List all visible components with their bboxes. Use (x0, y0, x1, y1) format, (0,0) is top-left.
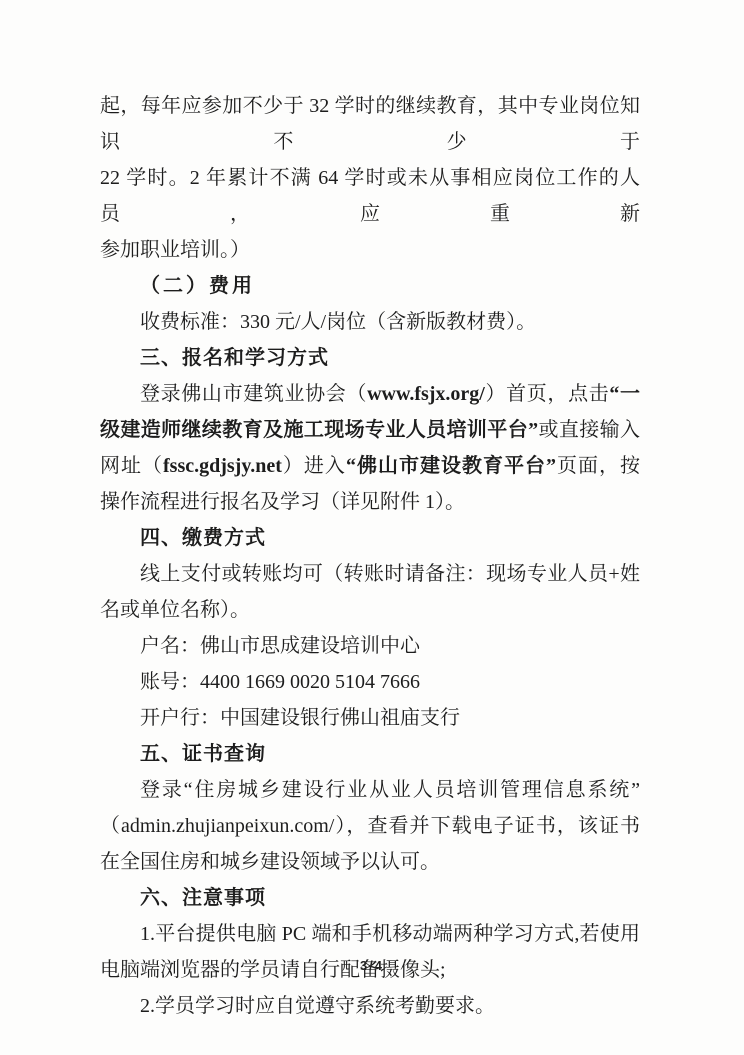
body-line: 名或单位名称）。 (100, 592, 640, 628)
body-line: 起，每年应参加不少于 32 学时的继续教育，其中专业岗位知识不少于 (100, 88, 640, 160)
section-heading-registration: 三、报名和学习方式 (100, 340, 640, 376)
body-text: （admin.zhujianpeixun.com/），查看并下载电子证书，该证书 (100, 815, 640, 837)
section-heading-notes: 六、注意事项 (100, 880, 640, 916)
body-text: 收费标准：330 元/人/岗位（含新版教材费）。 (140, 311, 536, 333)
website-url-fsjx: www.fsjx.org/ (367, 383, 485, 405)
body-line: 22 学时。2 年累计不满 64 学时或未从事相应岗位工作的人员，应重新 (100, 160, 640, 232)
website-url-fssc: fssc.gdjsjy.net (163, 455, 282, 477)
body-text: ）进入 (282, 455, 346, 477)
account-name-text: 户名：佛山市思成建设培训中心 (140, 635, 420, 657)
body-text: 页面，按 (556, 455, 640, 477)
heading-text: （二）费用 (140, 275, 255, 297)
body-text: 在全国住房和城乡建设领域予以认可。 (100, 851, 440, 873)
platform-name-start: “一 (609, 383, 640, 405)
body-text: 登录佛山市建筑业协会（ (140, 383, 367, 405)
heading-text: 四、缴费方式 (140, 527, 266, 549)
body-line: 级建造师继续教育及施工现场专业人员培训平台”或直接输入 (100, 412, 640, 448)
body-text: 网址（ (100, 455, 163, 477)
body-text: 参加职业培训。） (100, 239, 250, 261)
body-line: 1.平台提供电脑 PC 端和手机移动端两种学习方式,若使用 (100, 916, 640, 952)
body-text: ）首页，点击 (485, 383, 610, 405)
body-line: （admin.zhujianpeixun.com/），查看并下载电子证书，该证书 (100, 808, 640, 844)
body-text: 22 学时。2 年累计不满 64 学时或未从事相应岗位工作的人员，应重新 (100, 167, 640, 225)
body-text: 1.平台提供电脑 PC 端和手机移动端两种学习方式,若使用 (140, 923, 640, 945)
bank-branch-line: 开户行：中国建设银行佛山祖庙支行 (100, 700, 640, 736)
account-number-text: 账号：4400 1669 0020 5104 7666 (140, 671, 420, 693)
body-line: 收费标准：330 元/人/岗位（含新版教材费）。 (100, 304, 640, 340)
body-text: 登录“住房城乡建设行业从业人员培训管理信息系统” (140, 779, 640, 801)
body-line: 2.学员学习时应自觉遵守系统考勤要求。 (100, 988, 640, 1024)
account-name-line: 户名：佛山市思成建设培训中心 (100, 628, 640, 664)
body-line: 网址（fssc.gdjsjy.net）进入“佛山市建设教育平台”页面，按 (100, 448, 640, 484)
body-text: 2.学员学习时应自觉遵守系统考勤要求。 (140, 995, 495, 1017)
body-line: 参加职业培训。） (100, 232, 640, 268)
heading-text: 三、报名和学习方式 (140, 347, 329, 369)
heading-text: 五、证书查询 (140, 743, 266, 765)
platform-name-continued: 级建造师继续教育及施工现场专业人员培训平台” (100, 419, 538, 441)
page-number: 3/4 (0, 957, 744, 975)
bank-branch-text: 开户行：中国建设银行佛山祖庙支行 (140, 707, 460, 729)
body-text: 名或单位名称）。 (100, 599, 250, 621)
body-line: 线上支付或转账均可（转账时请备注：现场专业人员+姓 (100, 556, 640, 592)
section-heading-payment: 四、缴费方式 (100, 520, 640, 556)
account-number-line: 账号：4400 1669 0020 5104 7666 (100, 664, 640, 700)
body-line: 登录“住房城乡建设行业从业人员培训管理信息系统” (100, 772, 640, 808)
subsection-heading-fee: （二）费用 (100, 268, 640, 304)
body-line: 登录佛山市建筑业协会（www.fsjx.org/）首页，点击“一 (100, 376, 640, 412)
body-line: 操作流程进行报名及学习（详见附件 1）。 (100, 484, 640, 520)
platform-name-education: “佛山市建设教育平台” (346, 455, 556, 477)
body-text: 操作流程进行报名及学习（详见附件 1）。 (100, 491, 465, 513)
body-text: 线上支付或转账均可（转账时请备注：现场专业人员+姓 (140, 563, 640, 585)
heading-text: 六、注意事项 (140, 887, 266, 909)
body-line: 在全国住房和城乡建设领域予以认可。 (100, 844, 640, 880)
body-text: 起，每年应参加不少于 32 学时的继续教育，其中专业岗位知识不少于 (100, 95, 640, 153)
section-heading-certificate: 五、证书查询 (100, 736, 640, 772)
body-text: 或直接输入 (538, 419, 640, 441)
document-page: 起，每年应参加不少于 32 学时的继续教育，其中专业岗位知识不少于 22 学时。… (0, 0, 744, 1055)
